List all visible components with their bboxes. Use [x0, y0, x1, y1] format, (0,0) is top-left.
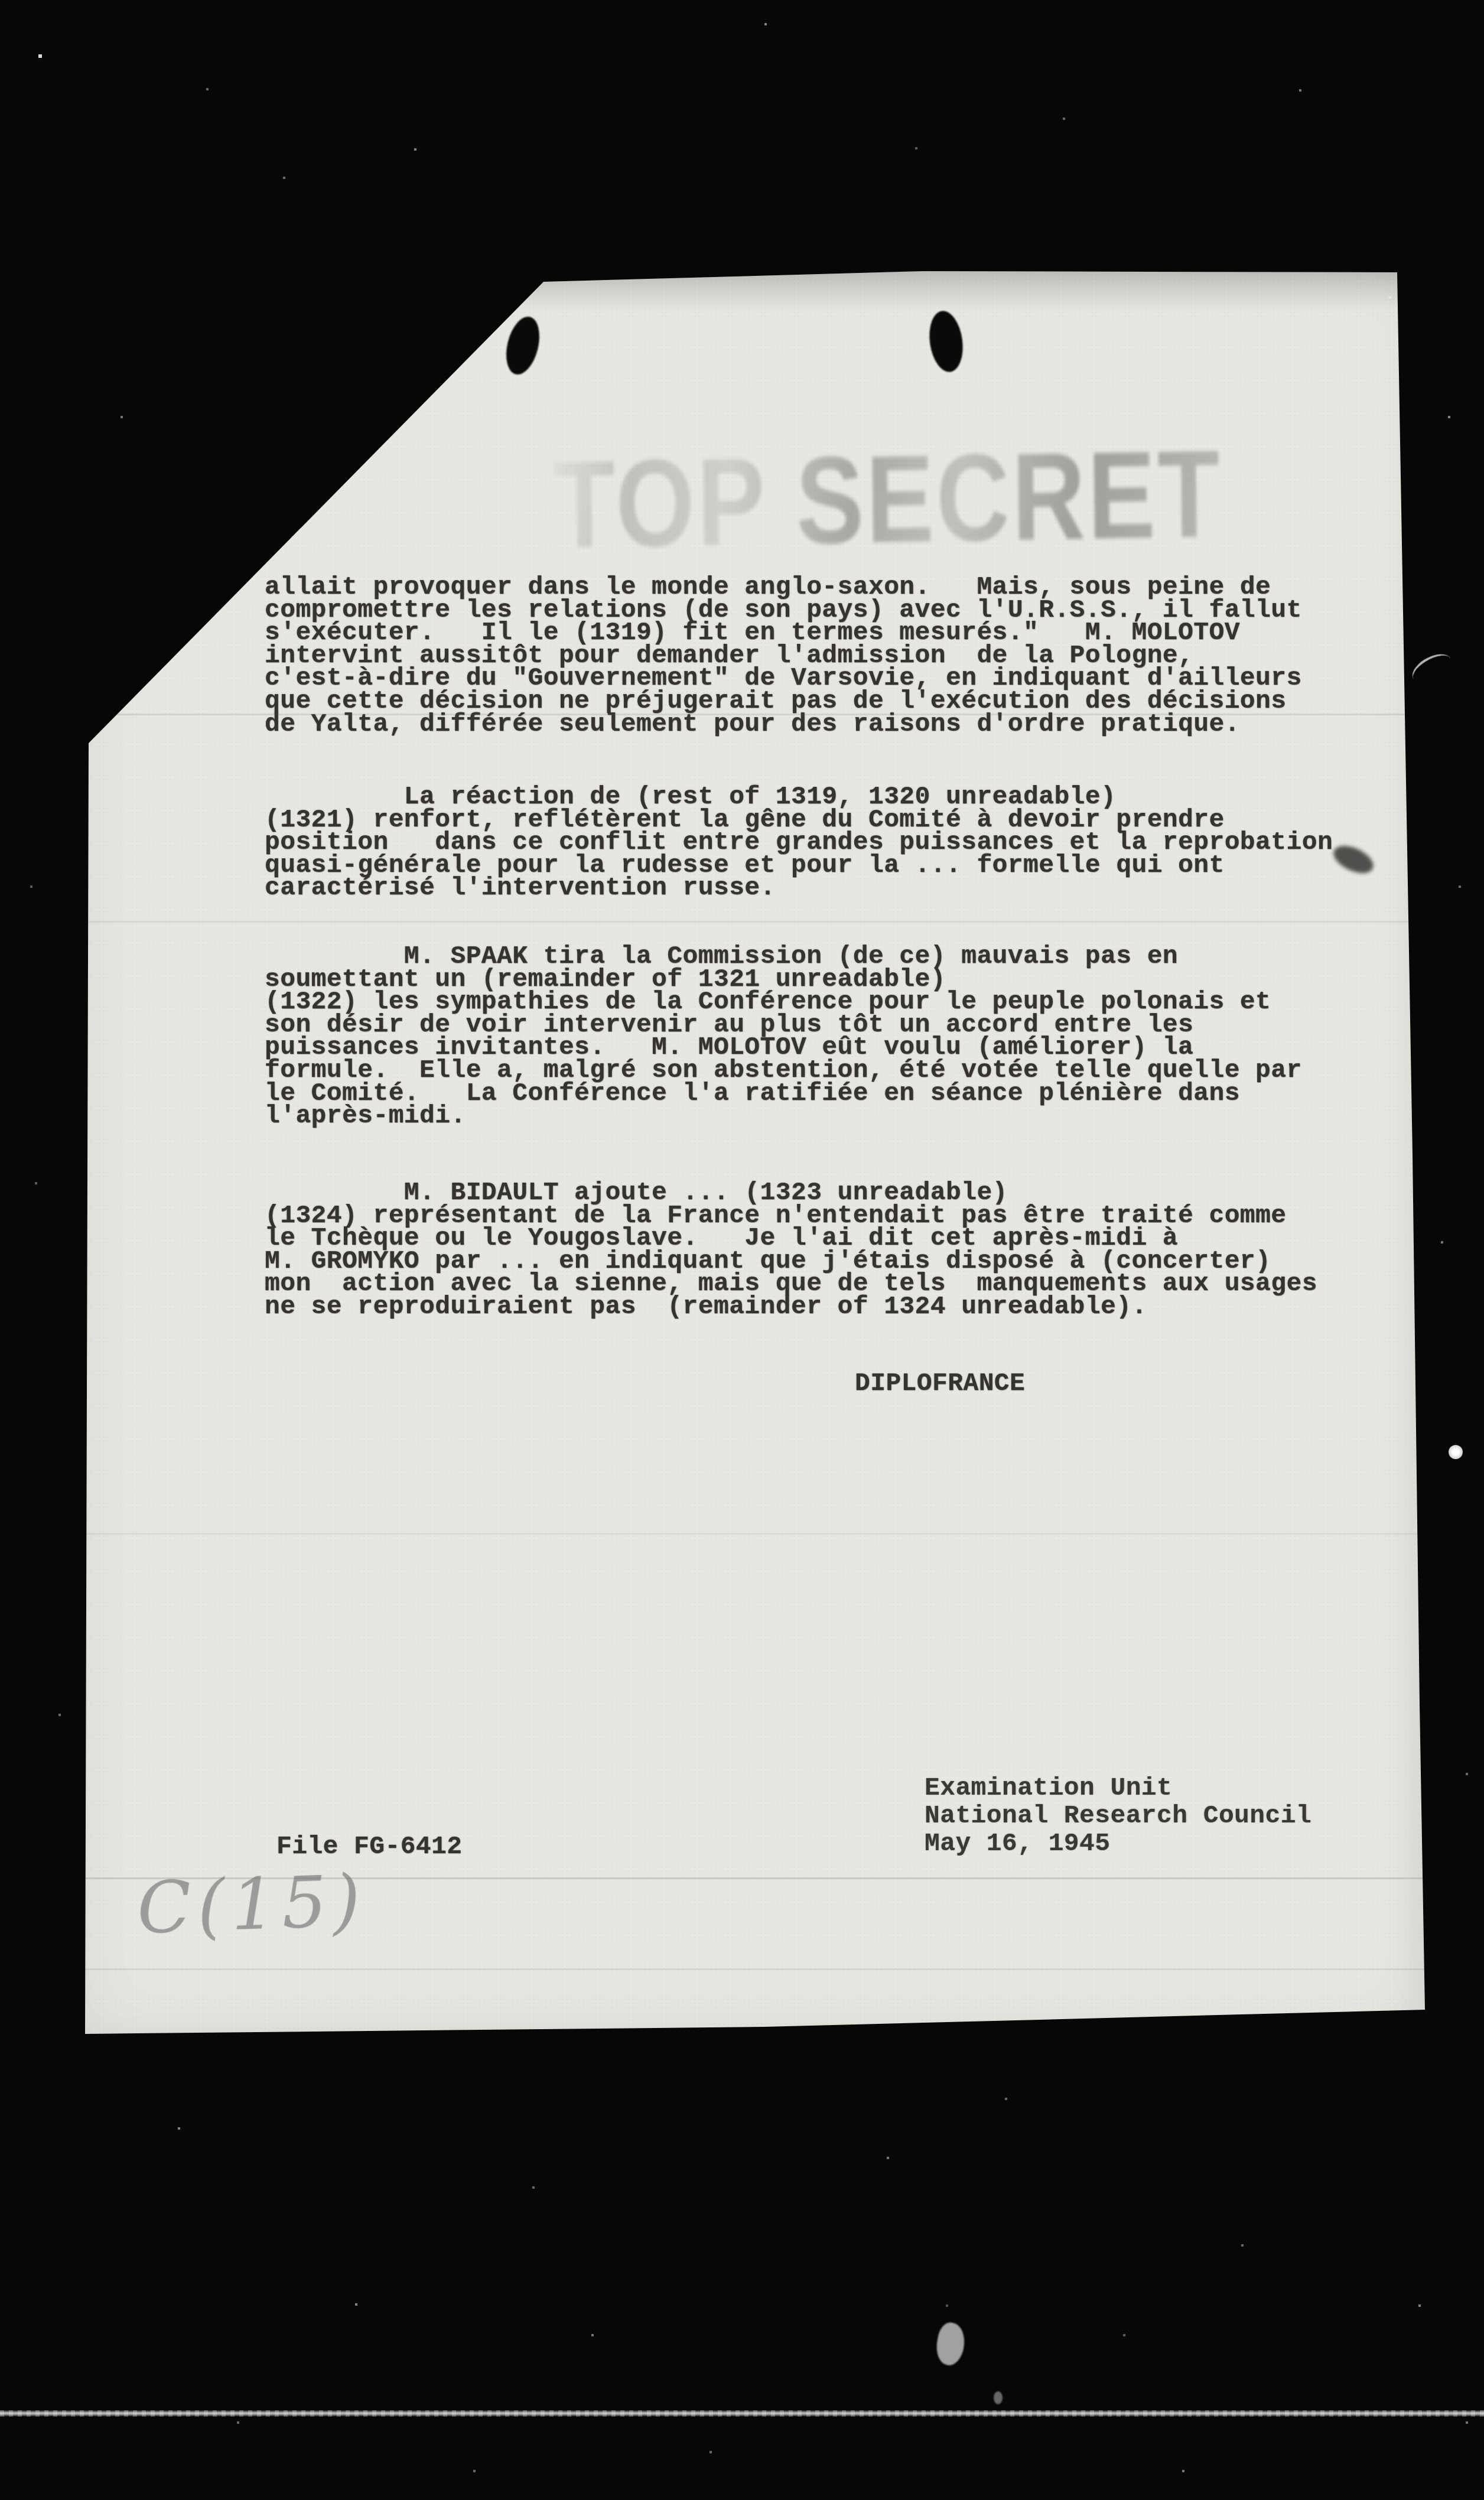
punch-hole-right: [926, 309, 966, 375]
top-secret-stamp: TOP SECRET: [552, 432, 1223, 567]
ink-smudge: [1329, 841, 1377, 879]
handwritten-note: C(15): [136, 1860, 368, 1949]
film-dust-specks: [0, 0, 1, 1]
scanline-artifact: [85, 1533, 1426, 1535]
date-line: May 16, 1945: [925, 1830, 1311, 1857]
film-bright-dot: [1449, 1445, 1463, 1459]
document-page: TOP SECRET allait provoquer dans le mond…: [85, 269, 1426, 2035]
organization-line: National Research Council: [925, 1802, 1311, 1830]
scanline-artifact: [85, 1968, 1426, 1970]
paragraph-1: allait provoquer dans le monde anglo-sax…: [265, 576, 1302, 735]
scanline-artifact: [85, 1877, 1426, 1879]
film-edge-streak: [0, 2410, 1484, 2417]
film-blemish: [933, 2321, 968, 2368]
punch-hole-left: [501, 313, 545, 378]
film-scan-background: TOP SECRET allait provoquer dans le mond…: [0, 0, 1484, 2500]
paragraph-4: M. BIDAULT ajoute ... (1323 unreadable) …: [265, 1181, 1317, 1319]
paragraph-2: La réaction de (rest of 1319, 1320 unrea…: [265, 786, 1333, 900]
scanline-artifact: [85, 921, 1426, 923]
file-number: File FG-6412: [276, 1835, 462, 1858]
film-scratch: [1408, 647, 1456, 690]
paragraph-3: M. SPAAK tira la Commission (de ce) mauv…: [265, 945, 1302, 1128]
examination-unit-line: Examination Unit: [925, 1774, 1311, 1802]
scanline-artifact: [85, 714, 1426, 715]
examination-unit-block: Examination Unit National Research Counc…: [925, 1774, 1311, 1857]
signoff-diplofrance: DIPLOFRANCE: [855, 1372, 1025, 1395]
film-blemish-small: [994, 2391, 1003, 2404]
